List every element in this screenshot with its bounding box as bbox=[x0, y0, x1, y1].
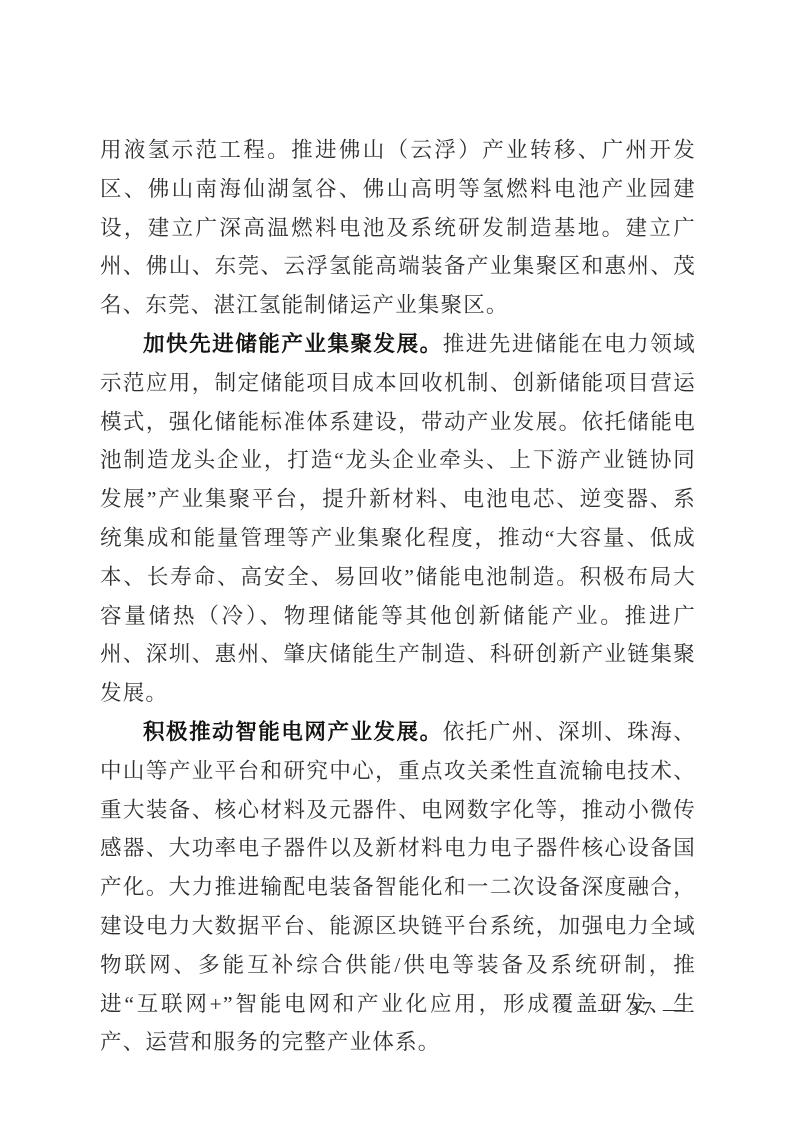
page-number: — 37 — bbox=[598, 995, 686, 1023]
document-page: 用液氢示范工程。推进佛山（云浮）产业转移、广州开发区、佛山南海仙湖氢谷、佛山高明… bbox=[0, 0, 794, 1123]
paragraph-lead-heading: 积极推动智能电网产业发展。 bbox=[143, 720, 443, 744]
paragraph-body-text: 推进先进储能在电力领域示范应用，制定储能项目成本回收机制、创新储能项目营运模式，… bbox=[100, 332, 696, 705]
paragraph-hydrogen-industry: 用液氢示范工程。推进佛山（云浮）产业转移、广州开发区、佛山南海仙湖氢谷、佛山高明… bbox=[100, 131, 696, 325]
paragraph-lead-heading: 加快先进储能产业集聚发展。 bbox=[143, 332, 443, 356]
paragraph-energy-storage: 加快先进储能产业集聚发展。推进先进储能在电力领域示范应用，制定储能项目成本回收机… bbox=[100, 325, 696, 713]
document-text-block: 用液氢示范工程。推进佛山（云浮）产业转移、广州开发区、佛山南海仙湖氢谷、佛山高明… bbox=[100, 131, 696, 1062]
paragraph-body-text: 用液氢示范工程。推进佛山（云浮）产业转移、广州开发区、佛山南海仙湖氢谷、佛山高明… bbox=[100, 138, 696, 317]
